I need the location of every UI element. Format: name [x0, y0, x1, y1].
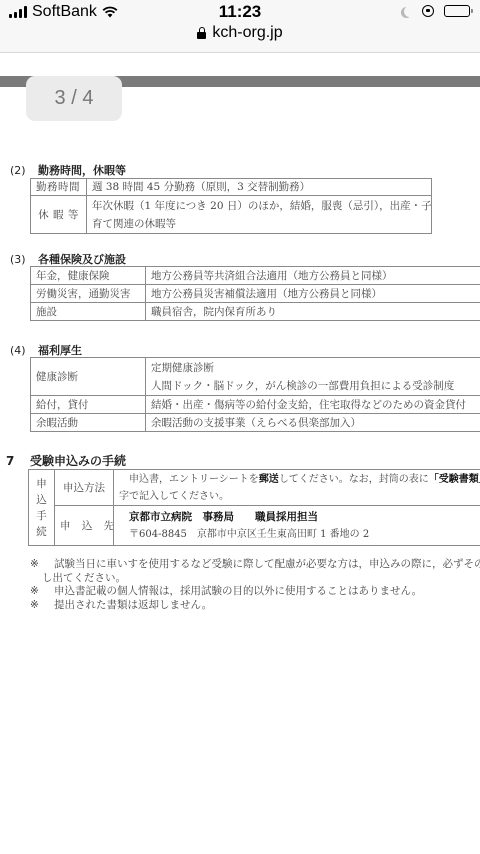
table-row: 健康診断 定期健康診断 人間ドック・脳ドック，がん検診の一部費用負担による受診制…: [31, 358, 480, 396]
table-row: 給付，貸付 結婚・出産・傷病等の給付金支給，住宅取得などのための資金貸付: [31, 396, 480, 414]
note-item: ※申込書記載の個人情報は，採用試験の目的以外に使用することはありません。: [30, 585, 480, 599]
table-row: 年金，健康保険 地方公務員等共済組合法適用（地方公務員と同様）: [31, 267, 480, 285]
table-row: 申 込 手 続 申込方法 申込書，エントリーシートを郵送してください。なお，封筒…: [29, 470, 480, 506]
pdf-page: (2)勤務時間，休暇等 勤務時間 週 38 時間 45 分勤務（原則，3 交替制…: [0, 0, 480, 854]
method-label: 申込方法: [55, 470, 114, 506]
destination-value: 京都市立病院 事務局 職員採用担当 〒604-8845 京都市中京区壬生東高田町…: [114, 506, 480, 546]
table-row: 勤務時間 週 38 時間 45 分勤務（原則，3 交替制勤務）: [31, 179, 432, 196]
table-row: 労働災害，通勤災害 地方公務員災害補償法適用（地方公務員と同様）: [31, 285, 480, 303]
row-label: 健康診断: [31, 358, 146, 396]
row-label: 施設: [31, 303, 146, 321]
row-value: 年次休暇（1 年度につき 20 日）のほか，結婚，服喪（忌引），出産・子 育て関…: [87, 196, 432, 234]
row-label: 勤務時間: [31, 179, 87, 196]
table-row: 施設 職員宿舎，院内保育所あり: [31, 303, 480, 321]
work-hours-table: 勤務時間 週 38 時間 45 分勤務（原則，3 交替制勤務） 休 暇 等 年次…: [30, 178, 432, 234]
method-value: 申込書，エントリーシートを郵送してください。なお，封筒の表に「受験書類」と赤 字…: [114, 470, 480, 506]
procedure-side-label: 申 込 手 続: [29, 470, 55, 546]
row-value: 職員宿舎，院内保育所あり: [146, 303, 480, 321]
row-label: 給付，貸付: [31, 396, 146, 414]
row-label: 年金，健康保険: [31, 267, 146, 285]
notes: ※試験当日に車いすを使用するなど受験に際して配慮が必要な方は，申込みの際に，必ず…: [30, 558, 480, 612]
row-value: 地方公務員等共済組合法適用（地方公務員と同様）: [146, 267, 480, 285]
table-row: 申 込 先 京都市立病院 事務局 職員採用担当 〒604-8845 京都市中京区…: [29, 506, 480, 546]
table-row: 余暇活動 余暇活動の支援事業（えらべる倶楽部加入）: [31, 414, 480, 432]
row-value: 定期健康診断 人間ドック・脳ドック，がん検診の一部費用負担による受診制度: [146, 358, 480, 396]
section-3-heading: (3)各種保険及び施設: [10, 251, 126, 267]
table-row: 休 暇 等 年次休暇（1 年度につき 20 日）のほか，結婚，服喪（忌引），出産…: [31, 196, 432, 234]
welfare-table: 健康診断 定期健康診断 人間ドック・脳ドック，がん検診の一部費用負担による受診制…: [30, 357, 480, 432]
row-value: 週 38 時間 45 分勤務（原則，3 交替制勤務）: [87, 179, 432, 196]
row-value: 余暇活動の支援事業（えらべる倶楽部加入）: [146, 414, 480, 432]
insurance-table: 年金，健康保険 地方公務員等共済組合法適用（地方公務員と同様） 労働災害，通勤災…: [30, 266, 480, 321]
row-label: 労働災害，通勤災害: [31, 285, 146, 303]
row-label: 余暇活動: [31, 414, 146, 432]
section-7-heading: 7受験申込みの手続: [6, 452, 126, 469]
section-4-heading: (4)福利厚生: [10, 342, 82, 358]
row-value: 地方公務員災害補償法適用（地方公務員と同様）: [146, 285, 480, 303]
note-item: ※提出された書類は返却しません。: [30, 599, 480, 613]
row-label: 休 暇 等: [31, 196, 87, 234]
row-value: 結婚・出産・傷病等の給付金支給，住宅取得などのための資金貸付: [146, 396, 480, 414]
section-2-heading: (2)勤務時間，休暇等: [10, 162, 126, 178]
application-table: 申 込 手 続 申込方法 申込書，エントリーシートを郵送してください。なお，封筒…: [28, 469, 480, 546]
destination-label: 申 込 先: [55, 506, 114, 546]
note-item: ※試験当日に車いすを使用するなど受験に際して配慮が必要な方は，申込みの際に，必ず…: [30, 558, 480, 585]
